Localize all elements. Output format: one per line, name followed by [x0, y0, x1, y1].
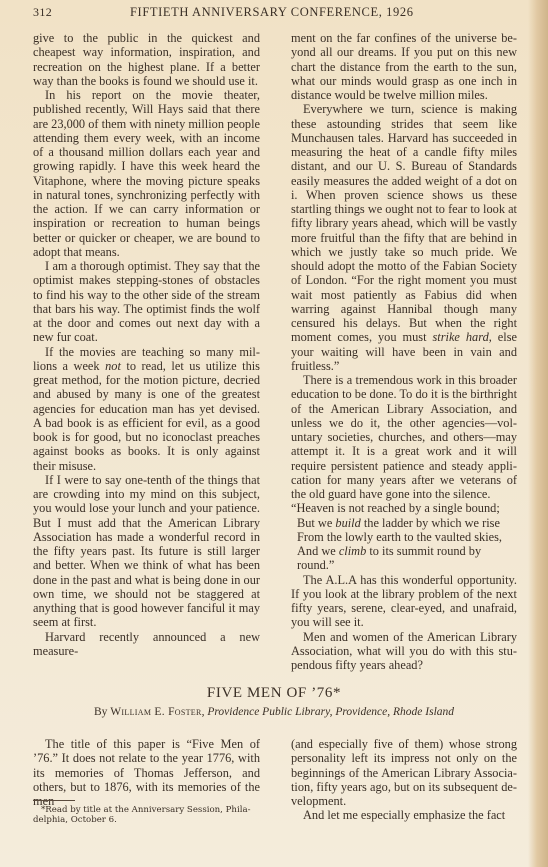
article2-right-column: (and especially five of them) whose stro…: [291, 737, 517, 823]
verse-line: But we build the ladder by which we rise: [291, 516, 517, 530]
text-run: ment on the far confines of the universe…: [291, 31, 517, 102]
text-run: to read, let us utilize this great metho…: [33, 359, 260, 473]
text-run: give to the public in the quickest and c…: [33, 31, 260, 88]
text-run: Men and women of the American Library As…: [291, 630, 517, 673]
byline-affiliation: , Providence Public Library, Providence,…: [202, 706, 454, 718]
paragraph: And let me especially emphasize the fact: [291, 808, 517, 822]
text-run: (and especially five of them) whose stro…: [291, 737, 517, 808]
spine-shadow: [528, 0, 548, 867]
paragraph: The title of this paper is “Five Men of …: [33, 737, 260, 808]
paragraph: (and especially five of them) whose stro…: [291, 737, 517, 808]
verse-line: “Heaven is not reached by a single bound…: [291, 501, 517, 515]
article1-right-column: ment on the far confines of the universe…: [291, 31, 517, 672]
paragraph: I am a thorough optimist. They say that …: [33, 259, 260, 345]
paragraph: If the movies are teaching so many mil­l…: [33, 345, 260, 473]
verse-line: And we climb to its summit round by roun…: [291, 544, 517, 573]
book-page: 312 FIFTIETH ANNIVERSARY CONFERENCE, 192…: [0, 0, 548, 867]
byline-by: By: [94, 706, 110, 718]
text-run: From the lowly earth to the vaulted skie…: [297, 530, 502, 544]
text-run: And let me especially emphasize the fact: [303, 808, 505, 822]
page-number: 312: [33, 5, 52, 20]
byline-author: William E. Foster: [110, 706, 201, 718]
italic-text: build: [335, 516, 360, 530]
text-run: Harvard recently announced a new measure…: [33, 630, 260, 658]
article2-left-column: The title of this paper is “Five Men of …: [33, 737, 260, 808]
text-run: But we: [297, 516, 335, 530]
verse-line: From the lowly earth to the vaulted skie…: [291, 530, 517, 544]
paragraph: In his report on the movie theater, publ…: [33, 88, 260, 259]
paragraph: If I were to say one-tenth of the things…: [33, 473, 260, 630]
text-run: And we: [297, 544, 339, 558]
text-run: “Heaven is not reached by a single bound…: [291, 501, 500, 515]
paragraph: give to the public in the quickest and c…: [33, 31, 260, 88]
italic-text: strike hard: [432, 330, 488, 344]
running-head-title: FIFTIETH ANNIVERSARY CONFERENCE, 1926: [130, 5, 414, 20]
article2-byline: By William E. Foster, Providence Public …: [0, 706, 548, 718]
paragraph: There is a tremendous work in this broad…: [291, 373, 517, 501]
text-run: The A.L.A has this wonderful opportunity…: [291, 573, 517, 630]
article1-left-column: give to the public in the quickest and c…: [33, 31, 260, 658]
text-run: The title of this paper is “Five Men of …: [33, 737, 260, 808]
italic-text: not: [105, 359, 121, 373]
text-run: If I were to say one-tenth of the things…: [33, 473, 260, 630]
paragraph: ment on the far confines of the universe…: [291, 31, 517, 102]
paragraph: Harvard recently announced a new measure…: [33, 630, 260, 659]
text-run: I am a thorough optimist. They say that …: [33, 259, 260, 344]
paragraph: Everywhere we turn, science is making th…: [291, 102, 517, 373]
running-head: 312 FIFTIETH ANNIVERSARY CONFERENCE, 192…: [33, 5, 513, 21]
paragraph: The A.L.A has this wonderful opportunity…: [291, 573, 517, 630]
article2-title: FIVE MEN OF ’76*: [0, 685, 548, 702]
footnote-rule: [33, 800, 75, 801]
footnote: *Read by title at the Anniversary Sessio…: [33, 806, 260, 825]
text-run: Everywhere we turn, science is making th…: [291, 102, 517, 344]
text-run: In his report on the movie theater, publ…: [33, 88, 260, 259]
text-run: the ladder by which we rise: [361, 516, 500, 530]
paragraph: Men and women of the American Library As…: [291, 630, 517, 673]
italic-text: climb: [339, 544, 366, 558]
text-run: There is a tremendous work in this broad…: [291, 373, 517, 501]
